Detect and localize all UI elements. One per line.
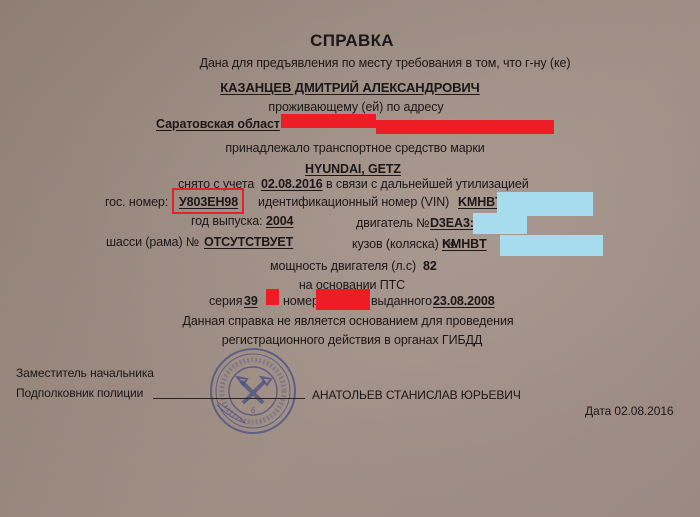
series-label: серия [209,294,242,308]
signature-line [153,398,305,399]
signer-position-line-2: Подполковник полиции [16,386,143,400]
address-label: проживающему (ей) по адресу [268,100,443,114]
year-value: 2004 [266,214,293,228]
series-redaction [266,289,279,305]
disclaimer-line-1: Данная справка не является основанием дл… [182,314,513,328]
vin-value: KMHBT [458,195,503,209]
plate-label: гос. номер: [105,195,168,209]
chassis-label: шасси (рама) № [106,235,199,249]
vin-label: идентификационный номер (VIN) [258,195,449,209]
address-redaction-2 [376,120,554,134]
body-value: KMHBT [442,237,487,251]
date-line: Дата 02.08.2016 [585,404,673,418]
number-label: номер [283,294,319,308]
plate-highlight-box [172,188,244,214]
year-label: год выпуска: [191,214,262,228]
issued-date: 23.08.2008 [433,294,495,308]
round-seal-hammers-icon: б [205,343,301,439]
engine-value: D3EA3: [430,216,474,230]
vehicle-make: HYUNDAI, GETZ [305,162,401,176]
person-name: КАЗАНЦЕВ ДМИТРИЙ АЛЕКСАНДРОВИЧ [220,80,479,95]
address-redaction [281,114,376,128]
series-value: 39 [244,294,258,308]
signer-position-line-1: Заместитель начальника [16,366,154,380]
power-value: 82 [423,259,437,273]
body-redaction [500,235,603,256]
deregistered-reason: в связи с дальнейшей утилизацией [326,177,529,191]
body-label: кузов (коляска) № [352,237,455,251]
signer-name: АНАТОЛЬЕВ СТАНИСЛАВ ЮРЬЕВИЧ [312,388,521,402]
chassis-value: ОТСУТСТВУЕТ [204,235,293,249]
engine-label: двигатель № [356,216,430,230]
number-redaction [316,289,370,310]
issued-label: выданного [371,294,432,308]
power-label: мощность двигателя (л.с) [270,259,416,273]
deregistered-date: 02.08.2016 [261,177,323,191]
address-value: Саратовская област [156,117,280,131]
intro-text: Дана для предъявления по месту требовани… [200,56,571,70]
document-title: СПРАВКА [310,31,394,51]
engine-redaction [473,213,527,234]
svg-text:б: б [251,407,255,415]
vehicle-label: принадлежало транспортное средство марки [225,141,484,155]
